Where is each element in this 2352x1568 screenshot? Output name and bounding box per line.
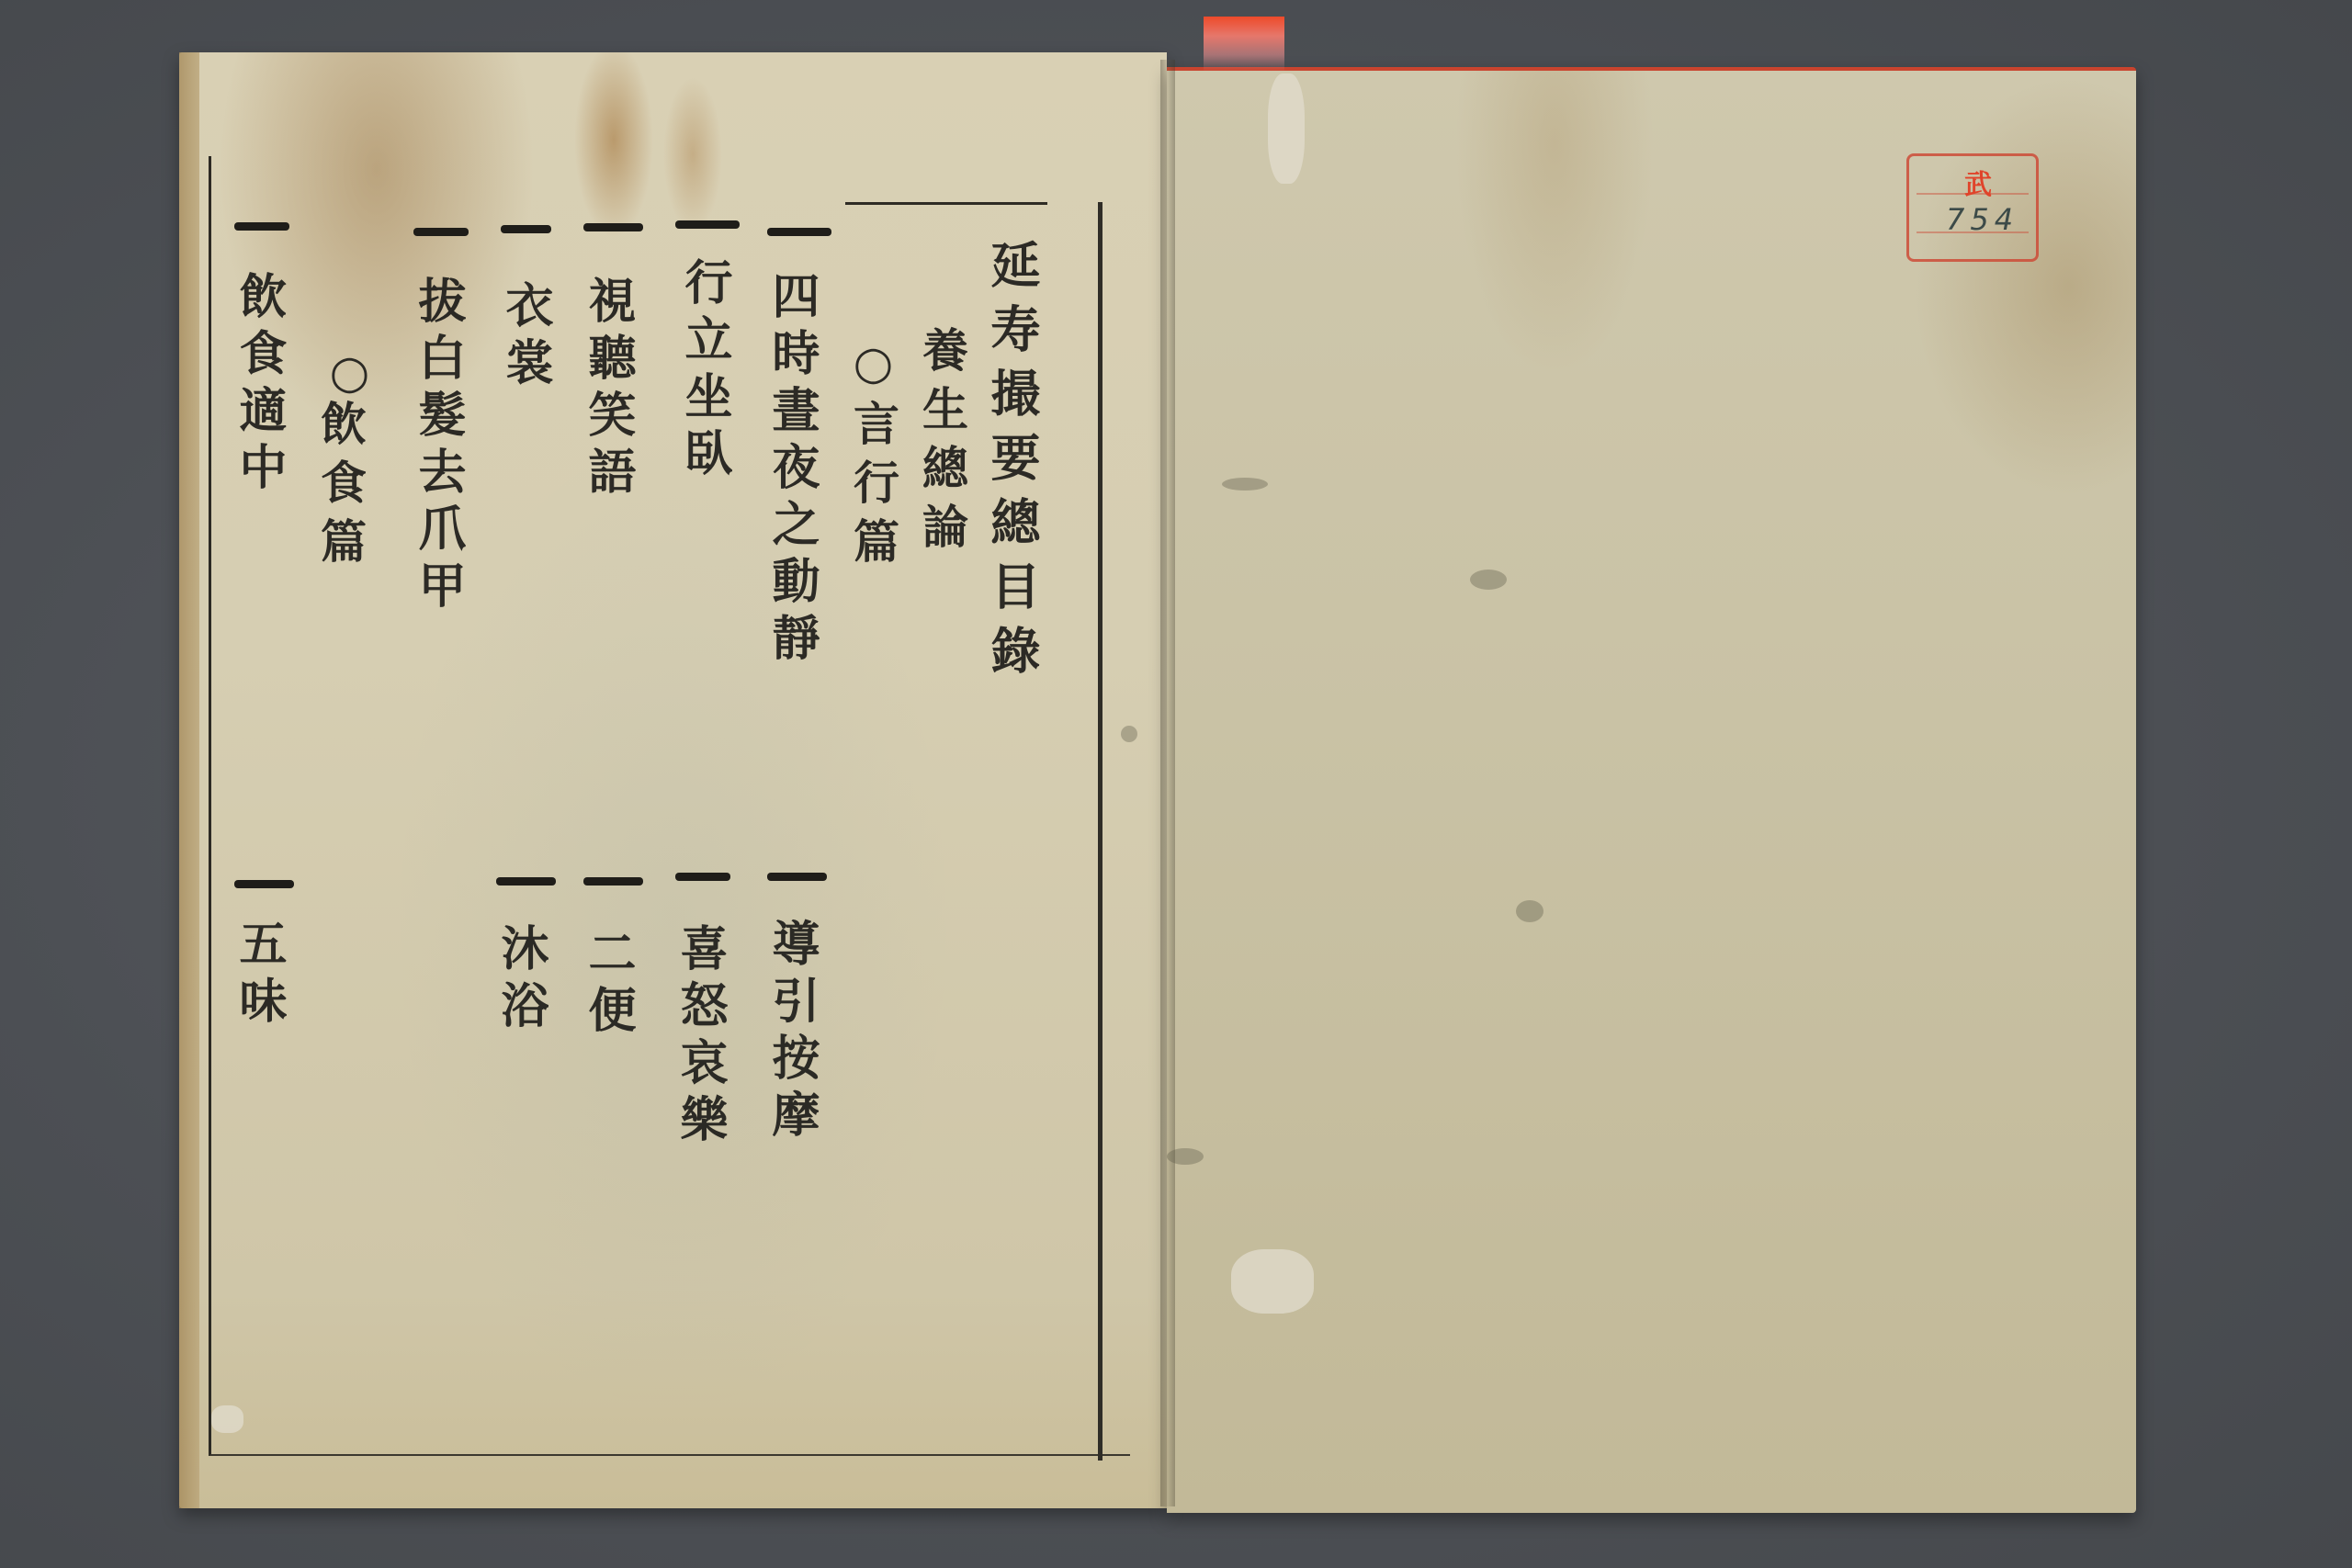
paper-spot <box>1470 570 1507 590</box>
entry-doin-anma: 導引按摩 <box>767 919 815 1146</box>
paper-tear <box>211 1405 243 1433</box>
paper-spot <box>1516 900 1543 922</box>
subheading-inshoku-hen: 飲食篇 <box>317 400 363 576</box>
entry-marker <box>767 873 827 881</box>
entry-kido-airaku: 喜怒哀樂 <box>675 923 723 1151</box>
stamp-call-number: 754 <box>1946 202 2018 237</box>
entry-marker <box>496 877 556 886</box>
entry-marker <box>501 225 551 233</box>
toc-title: 延寿撮要總目錄 <box>988 239 1037 689</box>
entry-shicho-shogo: 視聽笑語 <box>583 276 631 503</box>
entry-battsu-hakuhatsu: 拔白髮去爪甲 <box>413 276 461 617</box>
book-spine <box>1160 60 1175 1506</box>
entry-marker <box>767 228 831 236</box>
entry-marker <box>413 228 469 236</box>
entry-gyoritsu-zaga: 行立坐臥 <box>680 257 728 485</box>
entry-marker <box>234 880 294 888</box>
subheading-genko-hen: 言行篇 <box>850 400 896 576</box>
library-stamp: 武 754 <box>1906 153 2039 262</box>
entry-marker <box>234 222 289 231</box>
paper-tear <box>1231 1249 1314 1314</box>
circle-marker-1: ○ <box>850 335 896 402</box>
right-page <box>1167 67 2136 1513</box>
entry-gomi: 五味 <box>234 919 282 1032</box>
paper-spot <box>1167 1148 1204 1165</box>
entry-inshoku-tekichu: 飲食適中 <box>234 271 282 499</box>
frame-top-rule <box>845 202 1047 205</box>
stamp-character: 武 <box>1964 162 1992 202</box>
red-cover-tab <box>1204 17 1284 72</box>
entry-mokuyoku: 沐浴 <box>496 923 544 1037</box>
entry-ishou: 衣裳 <box>501 280 548 394</box>
section-heading-yojo-soron: 養生總論 <box>919 326 965 561</box>
entry-marker <box>583 877 643 886</box>
entry-shiji-chuya: 四時晝夜之動靜 <box>767 271 815 670</box>
entry-marker <box>675 220 740 229</box>
paper-tear <box>1268 73 1305 184</box>
entry-marker <box>583 223 643 231</box>
paper-spot <box>1121 726 1137 742</box>
entry-marker <box>675 873 730 881</box>
paper-spot <box>1222 478 1268 491</box>
entry-niben: 二便 <box>583 928 631 1042</box>
frame-right-rule <box>1098 202 1102 1461</box>
